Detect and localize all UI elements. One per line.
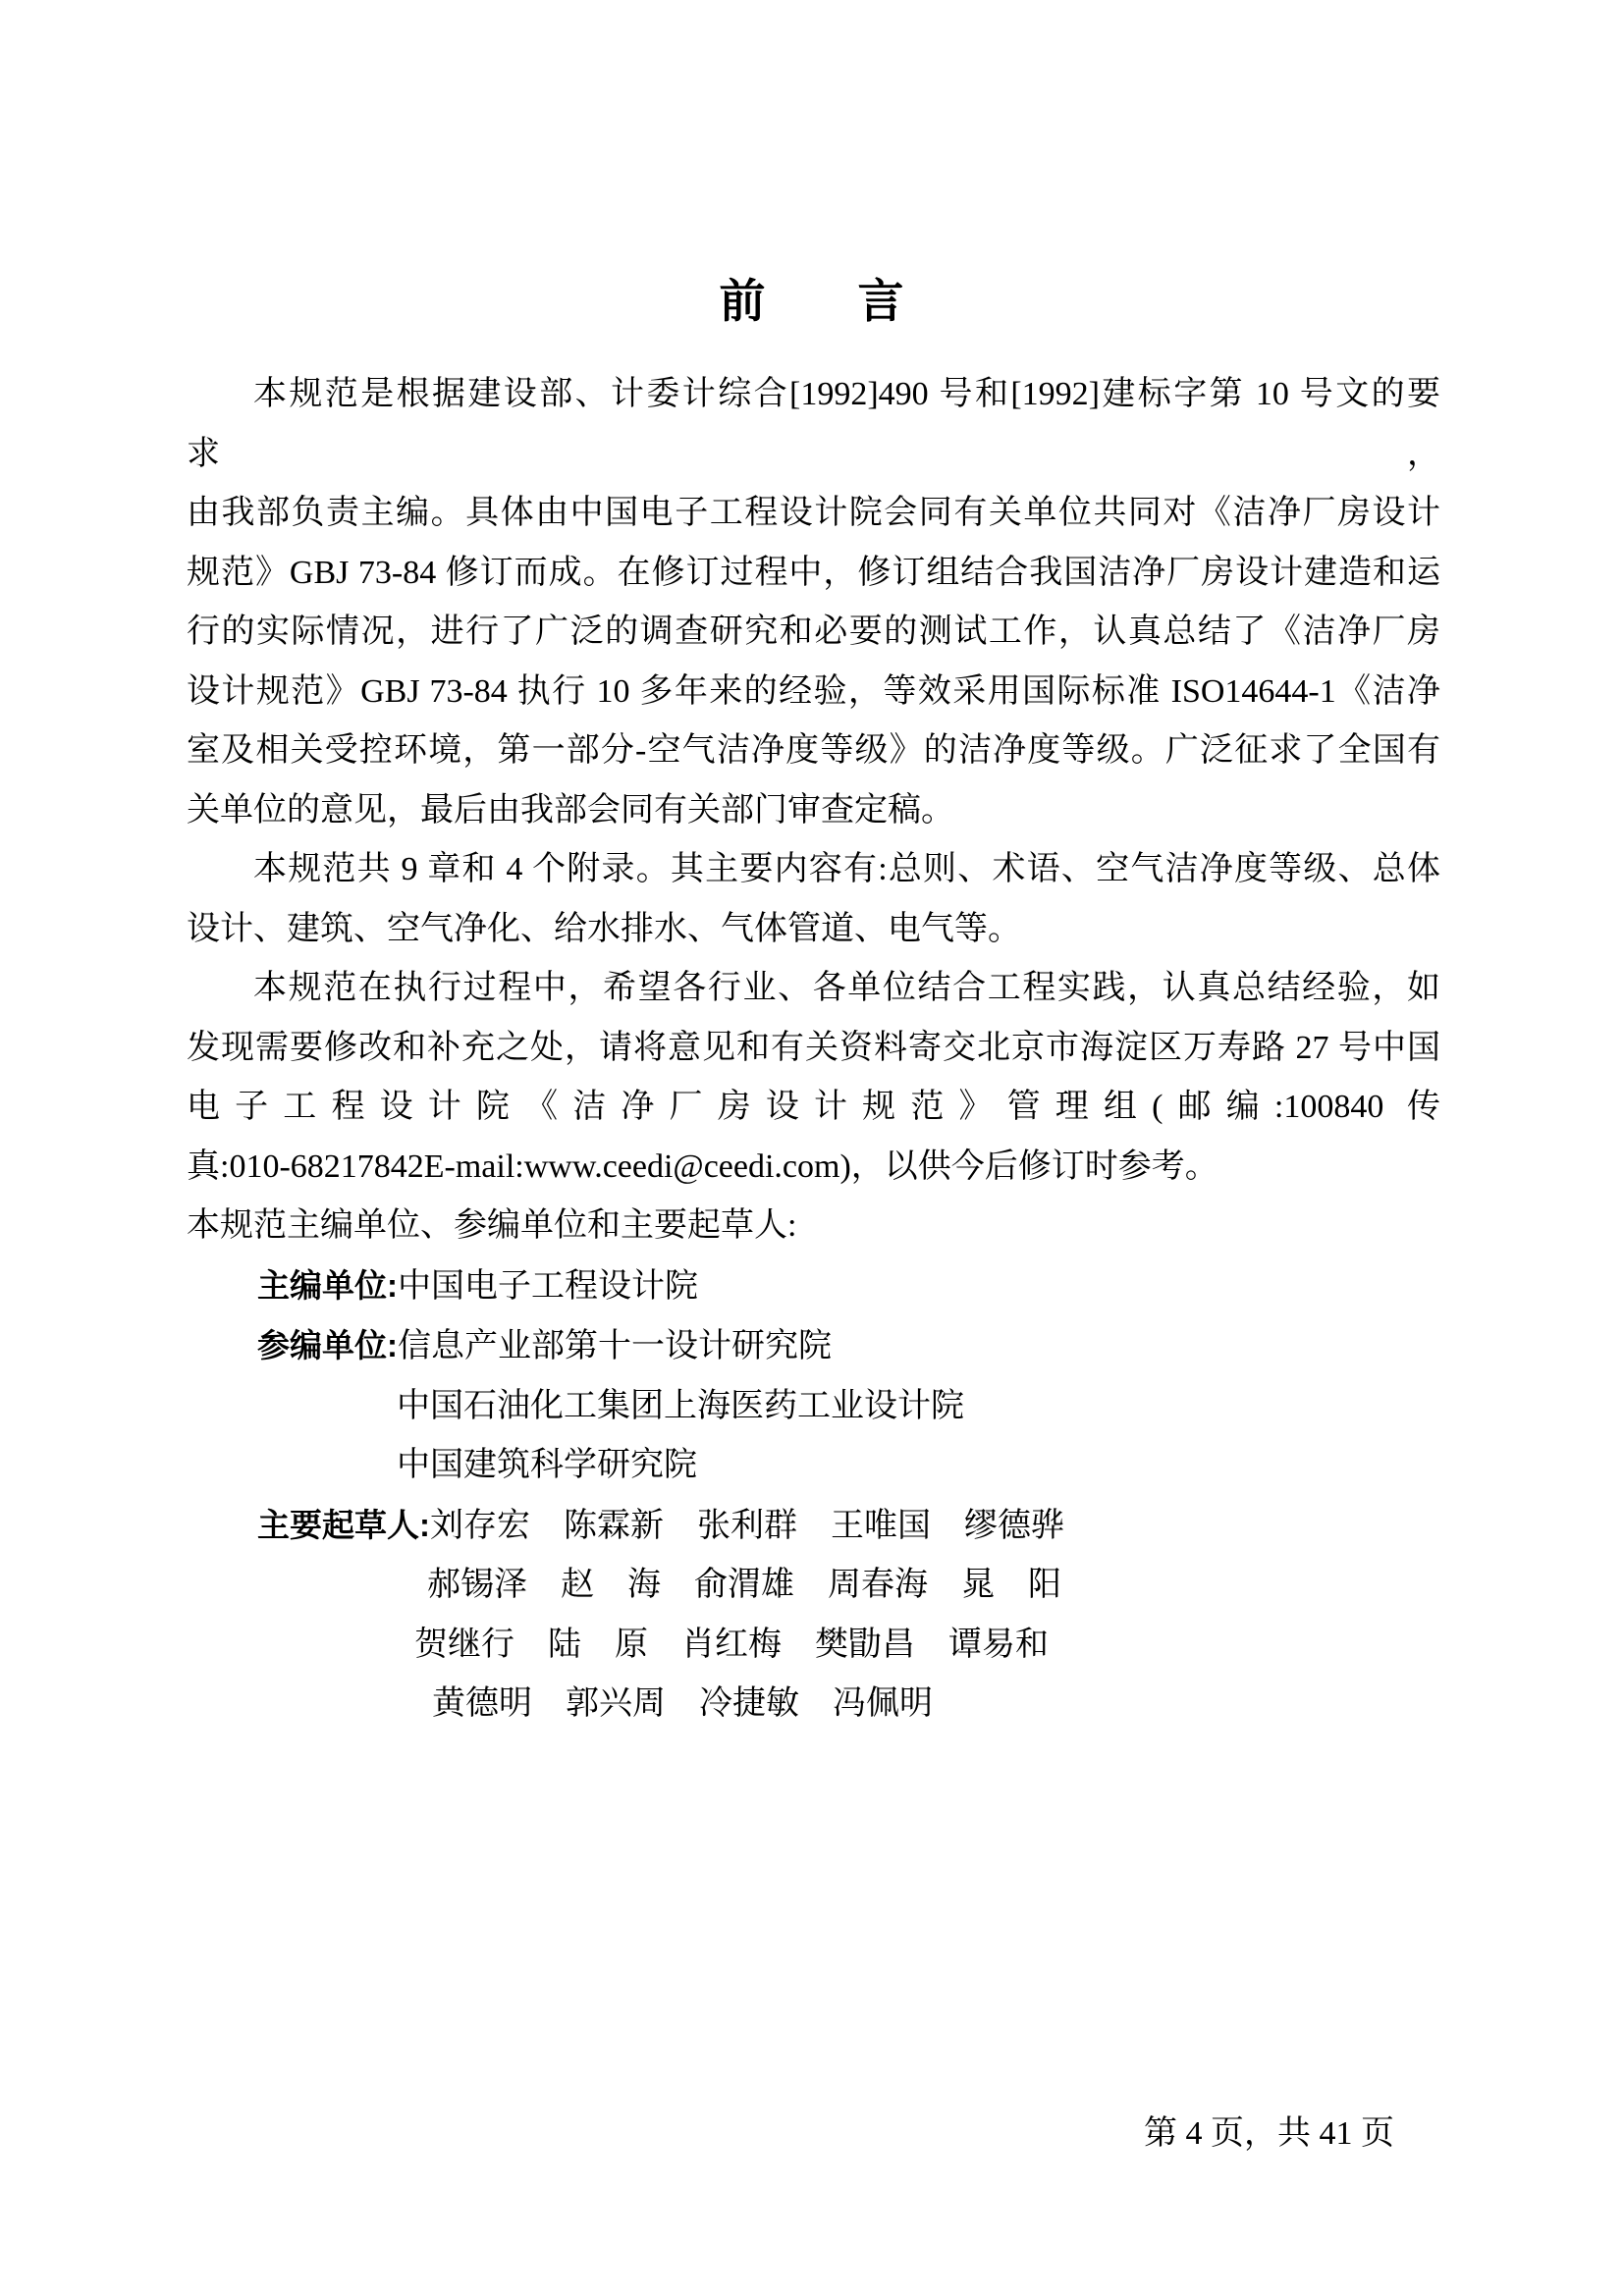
page-number: 第 4 页，共 41 页 — [1144, 2112, 1394, 2156]
foreword-line: 室及相关受控环境，第一部分-空气洁净度等级》的洁净度等级。广泛征求了全国有 — [187, 721, 1440, 781]
participating-row: 中国建筑科学研究院 — [397, 1436, 1440, 1496]
foreword-line: 规范》GBJ 73-84 修订而成。在修订过程中，修订组结合我国洁净厂房设计建造… — [187, 544, 1440, 604]
foreword-line: 本规范在执行过程中，希望各行业、各单位结合工程实践，认真总结经验，如 — [187, 959, 1440, 1019]
participating-row: 参编单位:信息产业部第十一设计研究院 — [257, 1316, 1440, 1377]
foreword-line: 关单位的意见，最后由我部会同有关部门审查定稿。 — [187, 781, 1440, 841]
foreword-line: 发现需要修改和补充之处，请将意见和有关资料寄交北京市海淀区万寿路 27 号中国 — [187, 1019, 1440, 1079]
foreword-line: 本规范是根据建设部、计委计综合[1992]490 号和[1992]建标字第 10… — [187, 365, 1440, 484]
drafters-row: 贺继行 陆 原 肖红梅 樊勖昌 谭易和 — [414, 1616, 1440, 1676]
participating-label: 参编单位: — [257, 1327, 398, 1363]
chief-editor-value: 中国电子工程设计院 — [398, 1268, 698, 1305]
participating-value: 信息产业部第十一设计研究院 — [398, 1328, 832, 1364]
foreword-line: 真:010-68217842E-mail:www.ceedi@ceedi.com… — [187, 1138, 1440, 1198]
drafters-row: 郝锡泽 赵 海 俞渭雄 周春海 晁 阳 — [427, 1556, 1440, 1616]
drafters-label: 主要起草人: — [257, 1507, 430, 1543]
foreword-line: 设计、建筑、空气净化、给水排水、气体管道、电气等。 — [187, 900, 1440, 960]
participating-row: 中国石油化工集团上海医药工业设计院 — [397, 1377, 1440, 1437]
drafters-names: 刘存宏 陈霖新 张利群 王唯国 缪德骅 — [430, 1508, 1064, 1544]
chief-editor-label: 主编单位: — [257, 1267, 398, 1304]
foreword-line: 行的实际情况，进行了广泛的调查研究和必要的测试工作，认真总结了《洁净厂房 — [187, 603, 1440, 663]
chief-editor-row: 主编单位:中国电子工程设计院 — [257, 1256, 1440, 1317]
foreword-body: 本规范是根据建设部、计委计综合[1992]490 号和[1992]建标字第 10… — [187, 365, 1440, 1735]
foreword-line: 电子工程设计院《洁净厂房设计规范》管理组(邮编:100840 传 — [187, 1078, 1440, 1138]
foreword-line: 本规范共 9 章和 4 个附录。其主要内容有:总则、术语、空气洁净度等级、总体 — [187, 840, 1440, 900]
drafters-row: 主要起草人:刘存宏 陈霖新 张利群 王唯国 缪德骅 — [257, 1496, 1440, 1557]
foreword-line: 设计规范》GBJ 73-84 执行 10 多年来的经验，等效采用国际标准 ISO… — [187, 663, 1440, 722]
foreword-line: 由我部负责主编。具体由中国电子工程设计院会同有关单位共同对《洁净厂房设计 — [187, 484, 1440, 544]
page-title: 前 言 — [0, 278, 1623, 327]
drafters-row: 黄德明 郭兴周 冷捷敏 冯佩明 — [432, 1675, 1440, 1735]
document-page: 前 言 本规范是根据建设部、计委计综合[1992]490 号和[1992]建标字… — [0, 0, 1623, 2296]
foreword-line: 本规范主编单位、参编单位和主要起草人: — [187, 1197, 1440, 1256]
